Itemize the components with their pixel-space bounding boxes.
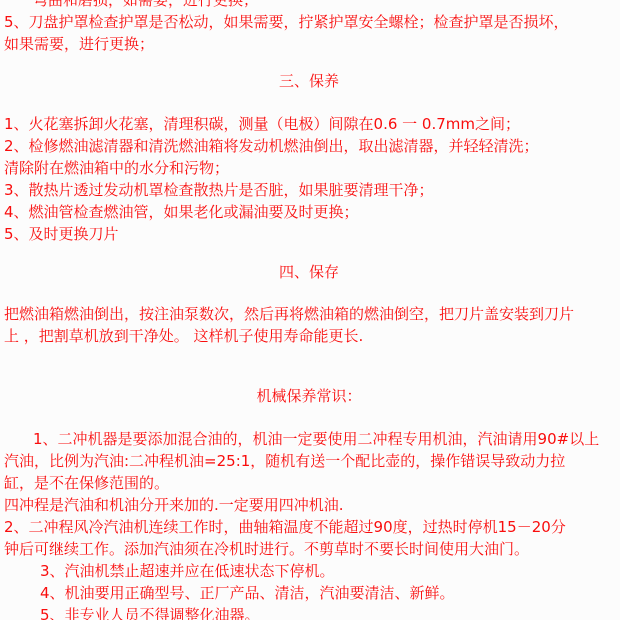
manual-page: 弯曲和磨损，如需要，进行更换； 5、刀盘护罩检查护罩是否松动，如果需要，拧紧护罩… [0, 0, 620, 620]
maintenance-item-fuel-line: 4、燃油管检查燃油管，如果老化或漏油要及时更换； [4, 201, 614, 223]
tips-item-2-line-2: 钟后可继续工作。添加汽油须在冷机时进行。不剪草时不要长时间使用大油门。 [4, 538, 614, 560]
section-heading-tips: 机械保养常识： [4, 385, 614, 407]
maintenance-item-cooling-fins: 3、散热片透过发动机罩检查散热片是否脏，如果脏要清理干净； [4, 179, 614, 201]
maintenance-item-spark-plug: 1、火花塞拆卸火花塞，清理积碳，测量（电极）间隙在0.6 一 0.7mm之间； [4, 113, 614, 135]
maintenance-item-fuel-filter: 2、检修燃油滤清器和清洗燃油箱将发动机燃油倒出，取出滤清器，并轻轻清洗； [4, 135, 614, 157]
tips-item-1-line-1: 1、二冲机器是要添加混合油的，机油一定要使用二冲程专用机油，汽油请用90#以上 [4, 428, 614, 450]
blade-guard-item-wrap-line: 如果需要，进行更换； [4, 33, 614, 55]
storage-paragraph-line-2: 上 ，把割草机放到干净处。 这样机子使用寿命能更长. [4, 325, 614, 347]
tips-item-4: 4、机油要用正确型号、正厂产品、清洁，汽油要清洁、新鲜。 [4, 582, 614, 604]
top-fragment-partial-line: 弯曲和磨损，如需要，进行更换； [4, 0, 614, 11]
blade-guard-item-line: 5、刀盘护罩检查护罩是否松动，如果需要，拧紧护罩安全螺栓；检查护罩是否损坏， [4, 11, 614, 33]
tips-item-1-line-3: 缸，是不在保修范围的。 [4, 472, 614, 494]
section-heading-maintenance: 三、保养 [4, 70, 614, 92]
tips-item-1-line-2: 汽油，比例为汽油:二冲程机油=25:1，随机有送一个配比壶的，操作错误导致动力拉 [4, 450, 614, 472]
maintenance-item-fuel-filter-wrap: 清除附在燃油箱中的水分和污物； [4, 157, 614, 179]
tips-item-5: 5、非专业人员不得调整化油器。 [4, 604, 614, 620]
tips-item-3: 3、汽油机禁止超速并应在低速状态下停机。 [4, 560, 614, 582]
section-heading-storage: 四、保存 [4, 261, 614, 283]
tips-four-stroke-note: 四冲程是汽油和机油分开来加的.一定要用四冲机油. [4, 494, 614, 516]
tips-item-2-line-1: 2、二冲程风冷汽油机连续工作时，曲轴箱温度不能超过90度，过热时停机15－20分 [4, 516, 614, 538]
storage-paragraph-line-1: 把燃油箱燃油倒出，按注油泵数次，然后再将燃油箱的燃油倒空，把刀片盖安装到刀片 [4, 303, 614, 325]
maintenance-item-blade: 5、及时更换刀片 [4, 223, 614, 245]
